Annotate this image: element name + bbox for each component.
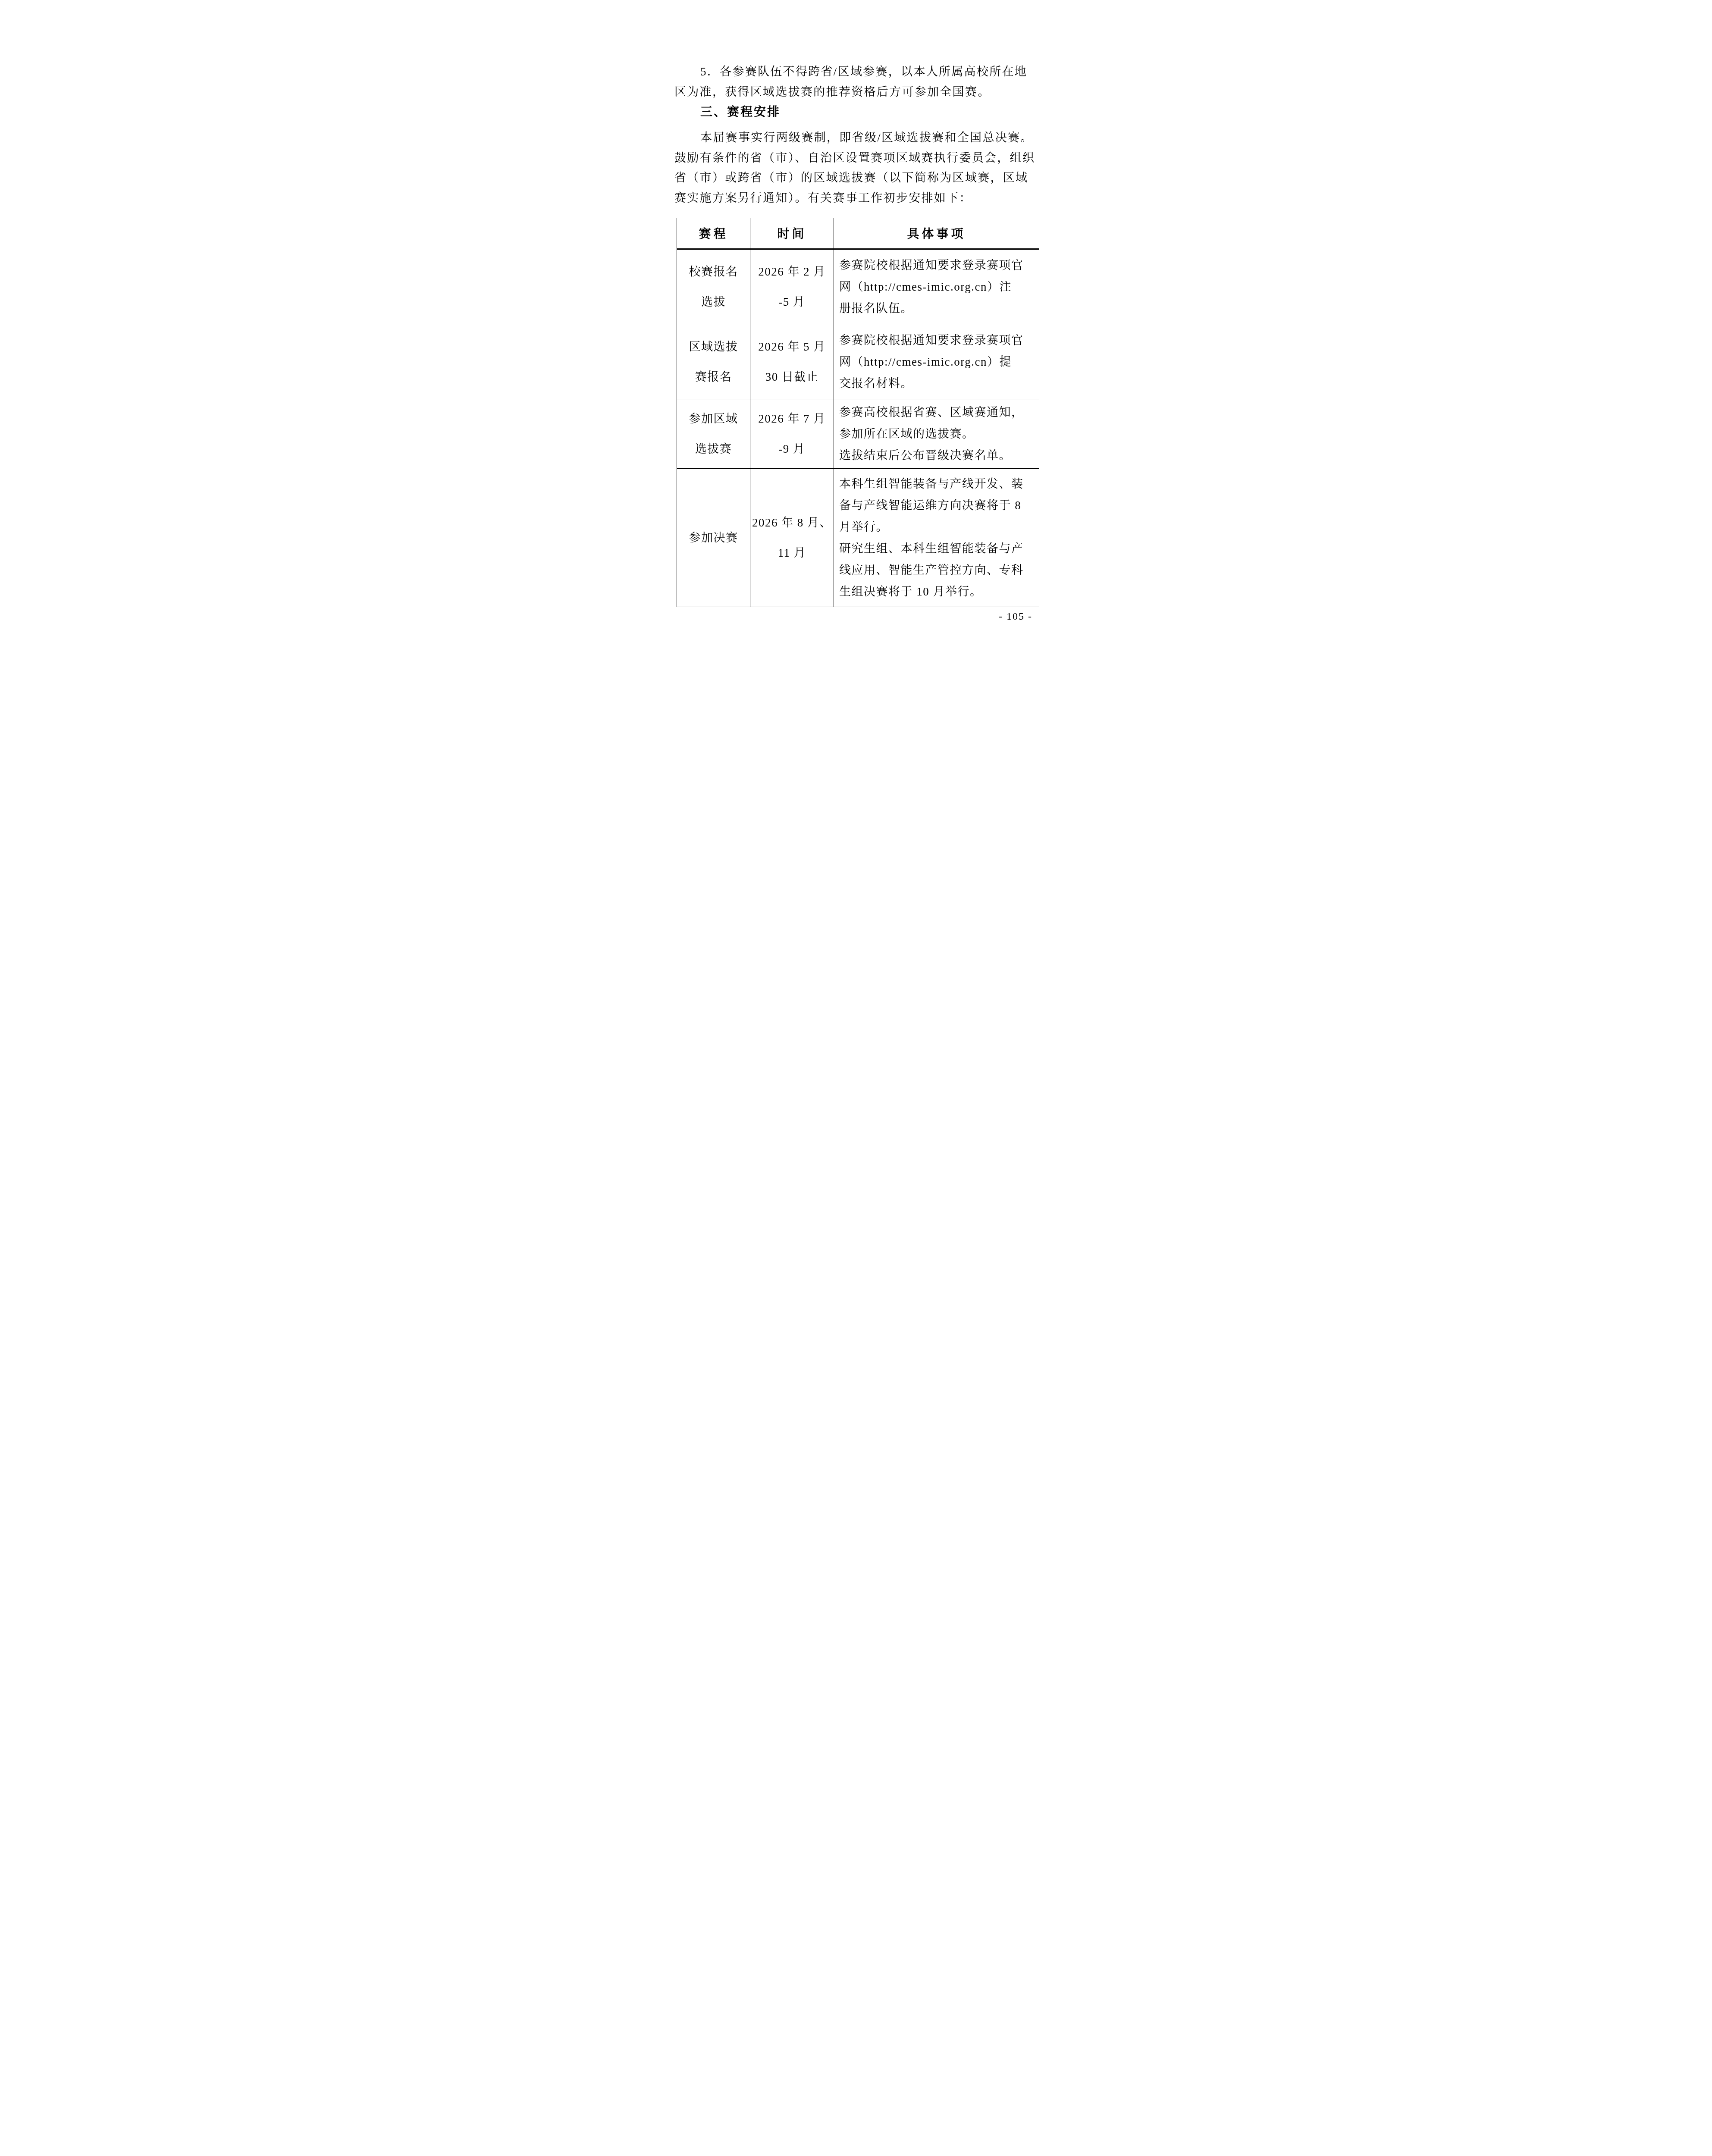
time-cell: 2026 年 7 月 -9 月 xyxy=(750,399,834,469)
schedule-cell: 参加区域 选拔赛 xyxy=(677,399,750,469)
table-row-finals: 参加决赛 2026 年 8 月、 11 月 本科生组智能装备与产线开发、装 备与… xyxy=(677,469,1039,607)
col-header-schedule: 赛程 xyxy=(677,218,750,249)
schedule-cell: 校赛报名 选拔 xyxy=(677,249,750,324)
details-cell: 参赛院校根据通知要求登录赛项官 网（http://cmes-imic.org.c… xyxy=(834,324,1039,399)
schedule-table: 赛程 时间 具体事项 校赛报名 选拔 2026 年 2 月 -5 月 参赛院校根… xyxy=(677,218,1039,607)
table-row-school-registration: 校赛报名 选拔 2026 年 2 月 -5 月 参赛院校根据通知要求登录赛项官 … xyxy=(677,249,1039,324)
table-row-regional-registration: 区域选拔 赛报名 2026 年 5 月 30 日截止 参赛院校根据通知要求登录赛… xyxy=(677,324,1039,399)
time-cell: 2026 年 2 月 -5 月 xyxy=(750,249,834,324)
col-header-time: 时间 xyxy=(750,218,834,249)
table-header-row: 赛程 时间 具体事项 xyxy=(677,218,1039,249)
paragraph-intro: 本届赛事实行两级赛制，即省级/区域选拔赛和全国总决赛。 鼓励有条件的省（市）、自… xyxy=(674,128,1044,208)
schedule-cell: 参加决赛 xyxy=(677,469,750,607)
details-cell: 参赛院校根据通知要求登录赛项官 网（http://cmes-imic.org.c… xyxy=(834,249,1039,324)
page-number: - 105 - xyxy=(999,611,1032,623)
time-cell: 2026 年 5 月 30 日截止 xyxy=(750,324,834,399)
details-cell: 参赛高校根据省赛、区域赛通知， 参加所在区域的选拔赛。 选拔结束后公布晋级决赛名… xyxy=(834,399,1039,469)
section-heading: 三、赛程安排 xyxy=(674,102,1044,122)
schedule-cell: 区域选拔 赛报名 xyxy=(677,324,750,399)
paragraph-item-5: 5．各参赛队伍不得跨省/区域参赛，以本人所属高校所在地 区为准，获得区域选拔赛的… xyxy=(674,62,1044,102)
time-cell: 2026 年 8 月、 11 月 xyxy=(750,469,834,607)
document-page: 5．各参赛队伍不得跨省/区域参赛，以本人所属高校所在地 区为准，获得区域选拔赛的… xyxy=(614,0,1098,684)
details-cell: 本科生组智能装备与产线开发、装 备与产线智能运维方向决赛将于 8 月举行。 研究… xyxy=(834,469,1039,607)
col-header-details: 具体事项 xyxy=(834,218,1039,249)
table-row-regional-selection: 参加区域 选拔赛 2026 年 7 月 -9 月 参赛高校根据省赛、区域赛通知，… xyxy=(677,399,1039,469)
